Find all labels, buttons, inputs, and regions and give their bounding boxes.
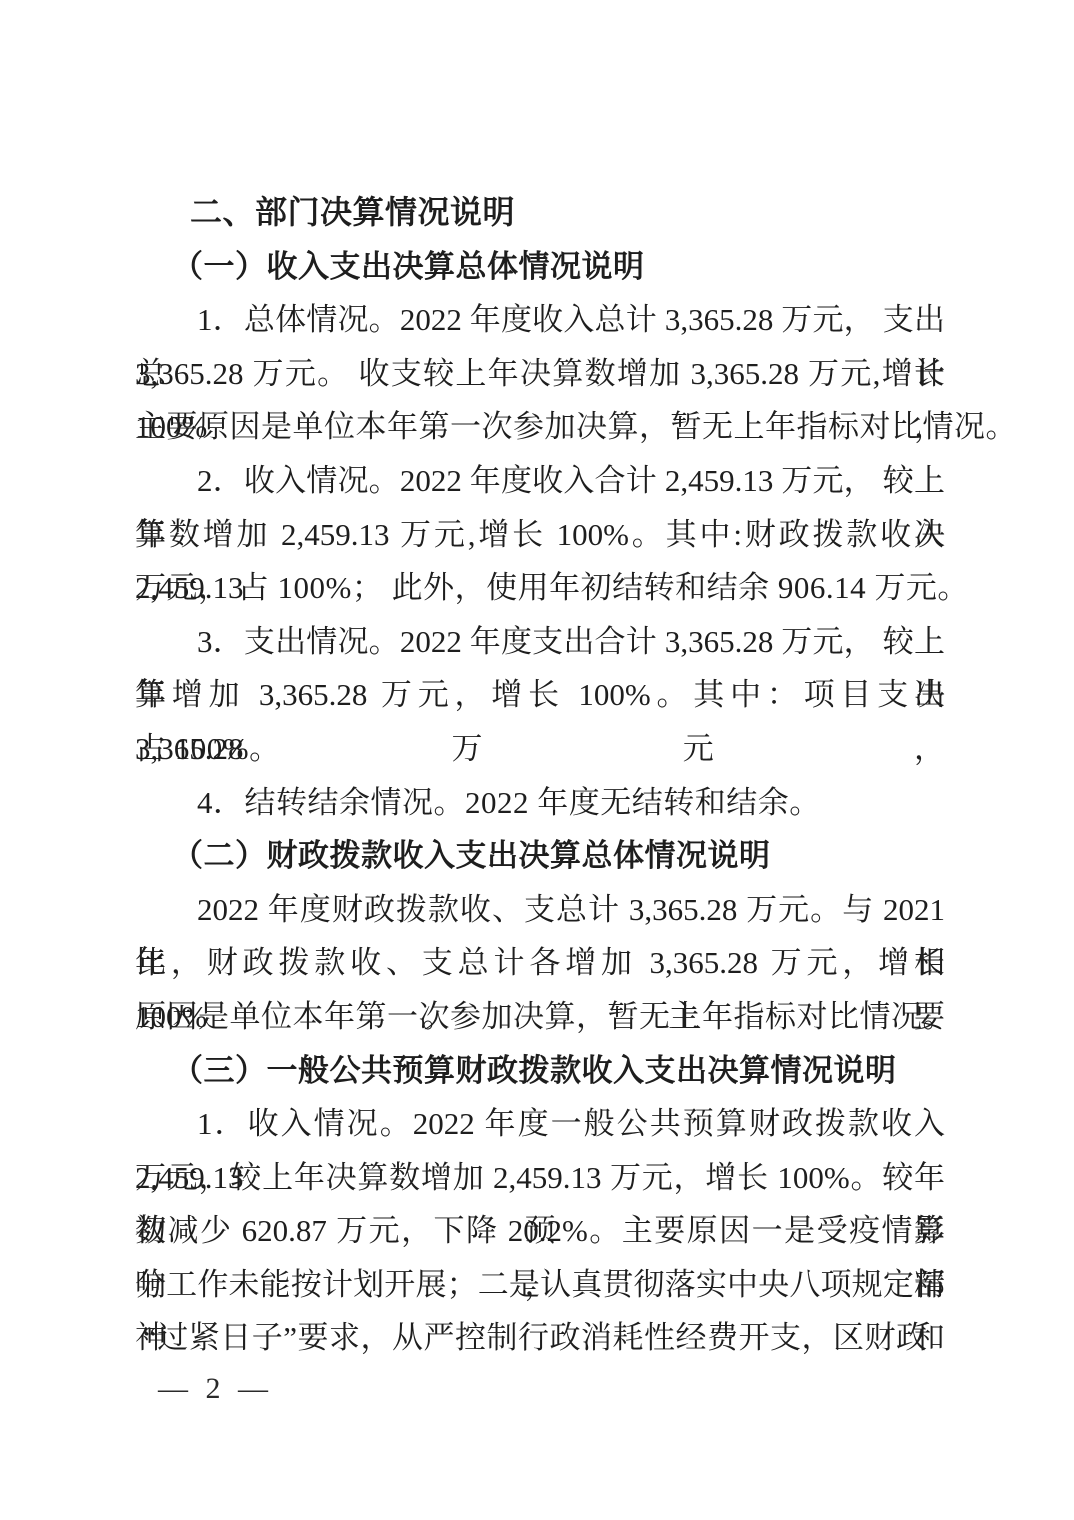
body-text-line: 3．支出情况。2022 年度支出合计 3,365.28 万元， 较上年决 bbox=[135, 615, 945, 669]
body-text-line: “过紧日子”要求，从严控制行政消耗性经费开支，区财政 bbox=[135, 1311, 945, 1365]
body-text-line: 4．结转结余情况。2022 年度无结转和结余。 bbox=[135, 776, 945, 830]
body-text-line: 2．收入情况。2022 年度收入合计 2,459.13 万元， 较上年决 bbox=[135, 454, 945, 508]
document-body: 二、部门决算情况说明（一）收入支出决算总体情况说明1．总体情况。2022 年度收… bbox=[135, 186, 945, 1365]
subsection-heading: （三）一般公共预算财政拨款收入支出决算情况说明 bbox=[135, 1044, 945, 1098]
body-text-line: 1．收入情况。2022 年度一般公共预算财政拨款收入 2,459.13 bbox=[135, 1097, 945, 1151]
body-text-line: 万元， 占 100%； 此外，使用年初结转和结余 906.14 万元。 bbox=[135, 561, 945, 615]
body-text-line: 数减少 620.87 万元，下降 20.2%。主要原因一是受疫情影响，部 bbox=[135, 1204, 945, 1258]
body-text-line: 万元，较上年决算数增加 2,459.13 万元，增长 100%。较年初预算 bbox=[135, 1151, 945, 1205]
subsection-heading: （二）财政拨款收入支出决算总体情况说明 bbox=[135, 829, 945, 883]
body-text-line: 算增加 3,365.28 万元，增长 100%。其中：项目支出 3,365.28… bbox=[135, 668, 945, 722]
body-text-line: 算数增加 2,459.13 万元,增长 100%。其中:财政拨款收入 2,459… bbox=[135, 508, 945, 562]
body-text-line: 分工作未能按计划开展；二是认真贯彻落实中央八项规定精神和 bbox=[135, 1258, 945, 1312]
body-text-line: 2022 年度财政拨款收、支总计 3,365.28 万元。与 2021 年相 bbox=[135, 883, 945, 937]
body-text-line: 1．总体情况。2022 年度收入总计 3,365.28 万元， 支出总计 bbox=[135, 293, 945, 347]
body-text-line: 主要原因是单位本年第一次参加决算，暂无上年指标对比情况。 bbox=[135, 400, 945, 454]
body-text-line: 3,365.28 万元。 收支较上年决算数增加 3,365.28 万元,增长 1… bbox=[135, 347, 945, 401]
document-page: 二、部门决算情况说明（一）收入支出决算总体情况说明1．总体情况。2022 年度收… bbox=[0, 0, 1074, 1520]
subsection-heading: （一）收入支出决算总体情况说明 bbox=[135, 240, 945, 294]
body-text-line: 原因是单位本年第一次参加决算，暂无上年指标对比情况。 bbox=[135, 990, 945, 1044]
body-text-line: 比，财政拨款收、支总计各增加 3,365.28 万元，增长 100%。主要 bbox=[135, 936, 945, 990]
section-heading: 二、部门决算情况说明 bbox=[135, 186, 945, 240]
page-number: — 2 — bbox=[158, 1372, 273, 1406]
